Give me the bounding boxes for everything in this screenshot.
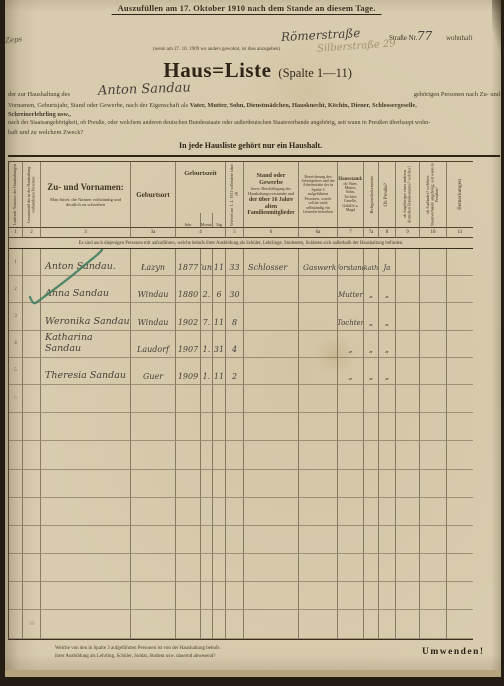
footer-note-line2: ihrer Ausbildung als Lehrling, Schüler, … [55,653,220,661]
empty-row-cell [226,582,244,610]
empty-row-cell [23,582,41,610]
empty-row-cell [447,610,473,638]
header-col3a: Geburtsort [131,162,176,228]
empty-row-cell [299,526,338,554]
empty-row-cell [364,441,379,469]
empty-row-cell [9,610,23,638]
empty-row-cell [299,498,338,526]
empty-row-cell [226,526,244,554]
header-col8: Ob Preuße? [379,162,396,228]
empty-row-cell [299,582,338,610]
empty-row-cell [447,441,473,469]
birth-month: 1. [201,331,213,358]
empty-row-cell [213,413,226,441]
empty-row-cell [176,582,201,610]
empty-row-cell [41,610,131,638]
empty-row-cell [338,441,364,469]
empty-row-cell [364,582,379,610]
birthplace: Laudorf [131,331,176,358]
house-list-table: Laufende Nummer der Haushaltungen Gesamt… [8,161,473,640]
empty-row-cell [420,526,447,554]
empty-row-cell [379,441,396,469]
empty-row-cell [338,413,364,441]
employer [299,358,338,385]
intro-line-4: nach der Staatsangehörigkeit, ob Preuße,… [8,120,500,126]
household-position: „ [338,331,364,358]
empty-row-cell [447,470,473,498]
birth-day: 11 [213,358,226,385]
empty-row-cell [23,441,41,469]
household-position: Mutter [338,276,364,303]
empty-row-cell [213,498,226,526]
empty-row-cell [379,498,396,526]
birth-year: 1880 [176,276,201,303]
empty-row-cell [338,610,364,638]
header-col10: ob Ausländer? welchem Staatsverbande ang… [420,162,447,228]
birth-day: 11 [213,249,226,276]
form-title-row: Haus=Liste(Spalte 1—11) [163,58,351,83]
table-cell [420,303,447,330]
intro-line-2: Vornamen, Geburtsjahr, Stand oder Gewerb… [8,102,500,109]
age: 33 [226,249,244,276]
empty-row-cell [131,554,176,582]
header-col6-sub: bezw. Beschäftigung des Haushaltungsvors… [244,186,298,197]
empty-row-cell [299,441,338,469]
header-col7a: Religionsbekenntnis [364,162,379,228]
empty-row-cell [379,582,396,610]
heavy-rule-line [8,155,500,157]
empty-row-cell [420,582,447,610]
empty-row-cell [201,441,213,469]
empty-row-cell [213,385,226,413]
table-note: Es sind auch diejenigen Personen mit auf… [9,238,473,249]
form-title-suffix: (Spalte 1—11) [278,66,351,80]
empty-row-cell [379,526,396,554]
empty-row-cell [244,498,299,526]
age: 30 [226,276,244,303]
empty-row-cell [201,413,213,441]
intro-line-3: Schreinerlehrling usw., [8,111,500,118]
table-cell [420,276,447,303]
table-cell [23,303,41,330]
age: 4 [226,331,244,358]
fill-date-instruction: Auszufüllen am 17. Oktober 1910 nach dem… [112,3,382,15]
trade [244,303,299,330]
empty-row-cell [244,582,299,610]
empty-row-cell [244,385,299,413]
empty-row-cell [201,498,213,526]
birthplace: Guer [131,358,176,385]
empty-row-cell [379,413,396,441]
census-house-list-page: Auszufüllen am 17. Oktober 1910 nach dem… [0,0,504,686]
empty-row-cell [396,582,420,610]
header-col2-text: Gesamtzahl der in der Haushaltung vorhan… [27,162,36,227]
header-col4-month: Monat [200,213,212,227]
colnum-9: 9 [396,228,420,238]
empty-row-cell [379,554,396,582]
empty-row-cell [420,554,447,582]
empty-row-cell [396,498,420,526]
empty-row-cell [9,470,23,498]
birthplace: Windau [131,303,176,330]
colnum-2: 2 [23,228,41,238]
empty-row-cell [9,413,23,441]
prussian-citizen: „ [379,331,396,358]
empty-row-cell [9,526,23,554]
empty-row-cell [447,385,473,413]
empty-row-cell [213,610,226,638]
empty-row-cell [41,413,131,441]
household-position: Tochter [338,303,364,330]
footer-note: Welche von den in Spalte 3 aufgeführten … [55,645,220,661]
empty-row-cell [23,413,41,441]
header-col11: Bemerkungen [447,162,473,228]
paper-bottom-edge [5,670,501,677]
empty-row-cell [23,385,41,413]
empty-row-cell [299,413,338,441]
empty-row-cell [176,610,201,638]
empty-row-cell [201,526,213,554]
prussian-citizen: „ [379,276,396,303]
empty-row-cell [131,526,176,554]
empty-row-cell [41,441,131,469]
empty-row-cell [299,385,338,413]
table-cell [447,331,473,358]
birth-day: 31 [213,331,226,358]
empty-row-cell [299,554,338,582]
empty-row-cell [396,526,420,554]
empty-row-cell [176,498,201,526]
empty-row-cell [9,441,23,469]
empty-row-cell [244,413,299,441]
empty-row-cell [176,470,201,498]
header-col4: Geburtszeit Jahr Monat Tag [176,162,226,228]
table-cell [23,249,41,276]
empty-row-cell [23,526,41,554]
empty-row-cell [420,470,447,498]
empty-row-cell [201,470,213,498]
birth-year: 1902 [176,303,201,330]
header-col3: Zu- und Vornamen: Man bittet, die Namen … [41,162,131,228]
table-cell [396,331,420,358]
header-col1-text: Laufende Nummer der Haushaltungen [13,163,17,226]
empty-row-cell [244,526,299,554]
religion: „ [364,331,379,358]
header-col5-text: Wieviel am 1. 4. 1911 vollendete Jahre a… [230,162,239,227]
empty-row-cell [364,385,379,413]
empty-row-cell [338,526,364,554]
empty-row-cell [41,554,131,582]
footer-note-line1: Welche von den in Spalte 3 aufgeführten … [55,645,220,653]
religion: „ [364,276,379,303]
header-col9: ob Angehöriger eines anderen deutschen B… [396,162,420,228]
header-col7a-text: Religionsbekenntnis [369,175,374,215]
header-col10-text: ob Ausländer? welchem Staatsverbande ang… [426,162,439,227]
trade [244,331,299,358]
empty-row-cell [176,526,201,554]
colnum-6: 6 [244,228,299,238]
empty-row-cell [364,526,379,554]
row-number: 5 [9,358,23,385]
header-col11-text: Bemerkungen [458,178,463,211]
trade [244,358,299,385]
empty-row-cell [201,385,213,413]
empty-row-cell [447,498,473,526]
empty-row-cell [396,413,420,441]
age: 2 [226,358,244,385]
table-cell [396,303,420,330]
empty-row-cell [364,610,379,638]
birth-day: 6 [213,276,226,303]
empty-row-cell [176,385,201,413]
empty-row-cell [447,554,473,582]
header-col3a-text: Geburtsort [136,191,169,199]
empty-row-cell [244,610,299,638]
trade [244,276,299,303]
birth-year: 1877 [176,249,201,276]
row-number: 2 [9,276,23,303]
colnum-8: 8 [379,228,396,238]
empty-row-cell [131,385,176,413]
prussian-citizen: Ja [379,249,396,276]
empty-row-cell [131,610,176,638]
street-number-handwritten: 77 [417,29,432,43]
header-col4-day: Tag [212,213,225,227]
empty-row-cell [213,526,226,554]
empty-row-cell [338,385,364,413]
empty-row-cell [364,470,379,498]
header-col9-text: ob Angehöriger eines anderen deutschen B… [403,162,412,227]
empty-row-cell [213,582,226,610]
colnum-7a: 7a [364,228,379,238]
empty-row-cell [41,526,131,554]
colnum-5: 5 [226,228,244,238]
empty-row-cell [131,498,176,526]
empty-row-cell [176,554,201,582]
header-col3-sub: Man bittet, die Namen vollständig und de… [41,197,130,207]
empty-row-cell [41,470,131,498]
empty-row-cell [396,610,420,638]
header-col6: Stand oder Gewerbe bezw. Beschäftigung d… [244,162,299,228]
birth-month: 2. [201,276,213,303]
household-position: „ [338,358,364,385]
empty-row-cell [9,582,23,610]
empty-row-cell [420,385,447,413]
table-cell [396,276,420,303]
header-col6a: Bezeichnung des Arbeitgebers und der Arb… [299,162,338,228]
colnum-6a: 6a [299,228,338,238]
intro-line-2-bold: Vater, Mutter, Sohn, Dienstmädchen, Haus… [190,102,417,109]
header-col4-year: Jahr [176,213,200,227]
intro-line-5: haft und zu welchem Zweck? [8,129,500,136]
empty-row-cell [396,385,420,413]
empty-row-cell [299,610,338,638]
empty-row-cell [396,470,420,498]
empty-row-cell [9,498,23,526]
colnum-3: 3 [41,228,131,238]
table-cell [396,358,420,385]
empty-row-cell [420,610,447,638]
birth-month: 7. [201,303,213,330]
header-col4-subunits: Jahr Monat Tag [176,213,225,227]
empty-row-cell: 10 [23,610,41,638]
empty-row-cell [226,610,244,638]
table-cell [420,331,447,358]
empty-row-cell [379,470,396,498]
header-col7-sub: ob Vater, Mutter, Sohn, Tochter, Geselle… [338,182,363,213]
colnum-11: 11 [447,228,473,238]
table-cell [447,303,473,330]
empty-row-cell [379,610,396,638]
table-cell [23,276,41,303]
empty-row-cell [226,470,244,498]
header-col8-text: Ob Preuße? [385,182,390,207]
empty-row-cell [244,470,299,498]
header-col2: Gesamtzahl der in der Haushaltung vorhan… [23,162,41,228]
religion: „ [364,358,379,385]
empty-row-cell [41,385,131,413]
empty-row-cell [338,582,364,610]
empty-row-cell [201,554,213,582]
empty-row-cell [379,385,396,413]
table-cell [420,358,447,385]
empty-row-cell [299,470,338,498]
empty-row-cell [364,554,379,582]
table-cell [23,331,41,358]
employer [299,303,338,330]
birthplace: Windau [131,276,176,303]
person-name: Anton Sandau. [41,249,131,276]
birth-month: 1. [201,358,213,385]
colnum-4: 4 [176,228,226,238]
employer [299,276,338,303]
empty-row-cell [364,413,379,441]
empty-row-cell [213,441,226,469]
header-col5: Wieviel am 1. 4. 1911 vollendete Jahre a… [226,162,244,228]
header-col7: Hausstand: ob Vater, Mutter, Sohn, Tocht… [338,162,364,228]
empty-row-cell [176,413,201,441]
empty-row-cell [226,498,244,526]
empty-row-cell [396,554,420,582]
empty-row-cell [226,554,244,582]
empty-row-cell [447,413,473,441]
intro-line-2-normal: Vornamen, Geburtsjahr, Stand oder Gewerb… [8,102,190,109]
header-col1: Laufende Nummer der Haushaltungen [9,162,23,228]
household-position: Vorstand [338,249,364,276]
empty-row-cell [447,582,473,610]
employer: Gaswerk [299,249,338,276]
table-cell [447,276,473,303]
empty-row-cell [447,526,473,554]
table-cell [420,249,447,276]
religion: kath [364,249,379,276]
empty-row-cell [23,554,41,582]
empty-row-cell [131,470,176,498]
birthplace: Łazyn [131,249,176,276]
empty-row-cell [244,554,299,582]
empty-row-cell [226,385,244,413]
header-col6-bold: der über 16 Jahre alten Familienmitglied… [244,197,298,216]
empty-row-cell [420,413,447,441]
previous-residence-note: (wenn am 27. 10. 1909 wo anders gewohnt,… [153,47,280,52]
empty-row-cell [201,582,213,610]
empty-row-cell [41,582,131,610]
empty-row-cell [131,441,176,469]
empty-row-cell [226,441,244,469]
birth-year: 1907 [176,331,201,358]
turn-over-label: Umwenden! [422,647,485,657]
person-name: Weronika Sandau [41,303,131,330]
empty-row-cell: 6 [9,385,23,413]
empty-row-cell [23,498,41,526]
empty-row-cell [420,498,447,526]
empty-row-cell [364,498,379,526]
empty-row-cell [338,470,364,498]
header-col6-title: Stand oder Gewerbe [244,172,298,186]
header-col4-title: Geburtszeit [184,170,217,177]
prussian-citizen: „ [379,303,396,330]
empty-row-cell [131,582,176,610]
birth-day: 11 [213,303,226,330]
person-name: Anna Sandau [41,276,131,303]
colnum-7: 7 [338,228,364,238]
form-title: Haus=Liste [163,58,271,82]
employer [299,331,338,358]
header-col3-title: Zu- und Vornamen: [47,182,124,192]
empty-row-cell [41,498,131,526]
person-name: Katharina Sandau [41,331,131,358]
empty-row-cell [338,498,364,526]
table-cell [396,249,420,276]
empty-row-cell [226,413,244,441]
empty-row-cell [396,441,420,469]
trade: Schlosser [244,249,299,276]
empty-row-cell [201,610,213,638]
row-number: 1 [9,249,23,276]
empty-row-cell [23,470,41,498]
empty-row-cell [9,554,23,582]
prussian-citizen: „ [379,358,396,385]
birth-month: Jun. [201,249,213,276]
table-cell [447,249,473,276]
intro-line-1-post: gehörigen Personen nach Zu- und [414,91,500,98]
colnum-3a: 3a [131,228,176,238]
empty-row-cell [213,554,226,582]
street-suffix-label: wohnhaft [446,34,472,42]
table-cell [23,358,41,385]
header-col6a-text: Bezeichnung des Arbeitgebers und der Arb… [299,175,337,215]
age: 8 [226,303,244,330]
one-household-rule: In jede Hausliste gehört nur ein Haushal… [179,141,322,150]
colnum-10: 10 [420,228,447,238]
empty-row-cell [338,554,364,582]
person-name: Theresia Sandau [41,358,131,385]
empty-row-cell [420,441,447,469]
empty-row-cell [213,470,226,498]
empty-row-cell [244,441,299,469]
birth-year: 1909 [176,358,201,385]
colnum-1: 1 [9,228,23,238]
row-number: 3 [9,303,23,330]
empty-row-cell [131,413,176,441]
empty-row-cell [176,441,201,469]
corner-shadow [492,0,504,60]
row-number: 4 [9,331,23,358]
table-cell [447,358,473,385]
religion: „ [364,303,379,330]
